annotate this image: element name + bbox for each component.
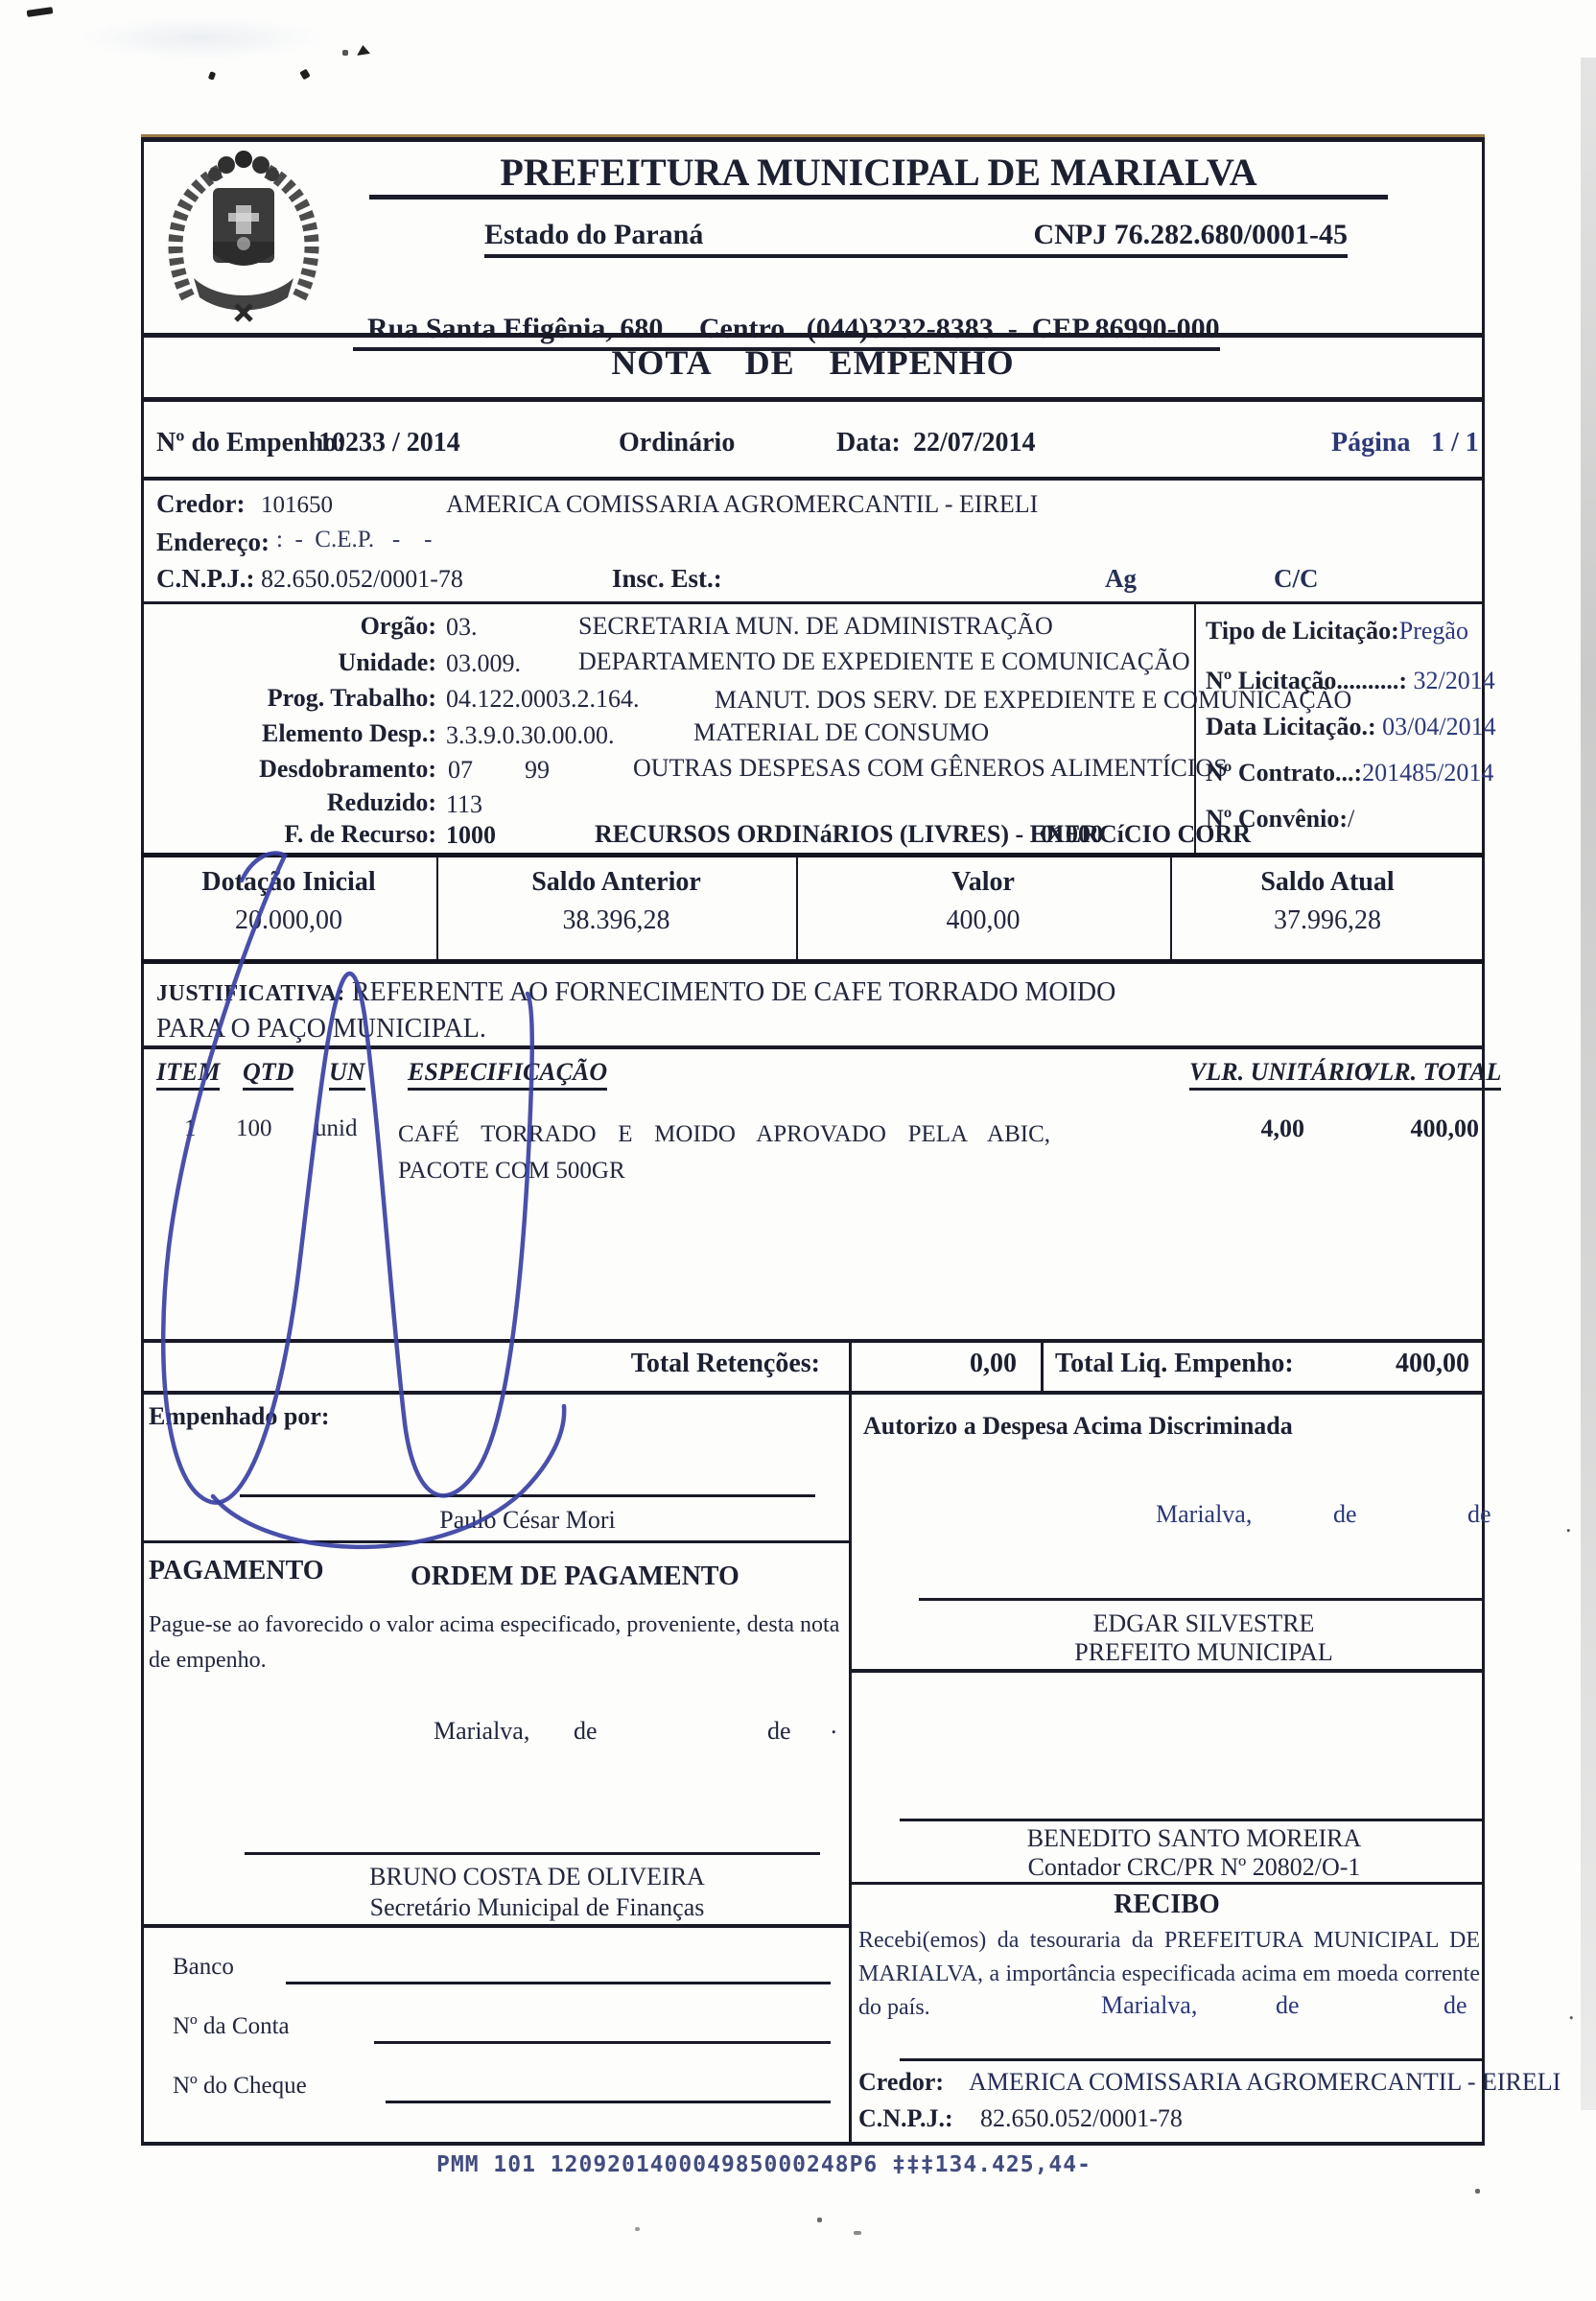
valor-label: Valor <box>796 869 1170 896</box>
footer-processing-code: PMM 101 120920140004985000248P6 ‡‡‡134.4… <box>436 2154 1091 2176</box>
header-title-text: PREFEITURA MUNICIPAL DE MARIALVA <box>500 151 1256 194</box>
autorizo-de1: de <box>1333 1502 1357 1527</box>
autorizo-de2: de <box>1467 1502 1491 1527</box>
item-qtd: 100 <box>236 1116 272 1140</box>
scanned-nota-de-empenho: { "header": { "title": "PREFEITURA MUNIC… <box>0 0 1596 2301</box>
tipo-licitacao-row: Tipo de Licitação:Pregão <box>1206 619 1468 644</box>
header-state: Estado do Paraná <box>484 221 703 249</box>
conta-fill-line <box>374 2041 831 2044</box>
scan-speck <box>817 2218 822 2222</box>
reduzido-label: Reduzido: <box>141 790 436 815</box>
scan-speck <box>1475 2189 1480 2194</box>
pagamento-line-top <box>141 1540 849 1543</box>
contrato-label: Nº Contrato...: <box>1206 759 1362 787</box>
header-address: Rua Santa Efigênia, 680 Centro (044)3232… <box>353 286 1220 351</box>
pagamento-dot: . <box>831 1713 837 1738</box>
header-state-row: Estado do Paraná CNPJ 76.282.680/0001-45 <box>484 221 1348 258</box>
recibo-credor-line <box>900 2058 1485 2061</box>
desdobramento-desc: OUTRAS DESPESAS COM GÊNEROS ALIMENTÍCIOS <box>633 756 1228 781</box>
ag-label: Ag <box>1105 566 1137 592</box>
band-line-top <box>141 333 1485 338</box>
doc-title-text: NOTA DE EMPENHO <box>611 343 1014 382</box>
col-un: UN <box>329 1060 365 1091</box>
col-vlr-unitario: VLR. UNITÁRIO <box>1189 1060 1373 1091</box>
unidade-code: 03.009. <box>446 651 521 676</box>
prog-trabalho-code: 04.122.0003.2.164. <box>446 687 640 712</box>
dotacao-line-top <box>141 853 1485 857</box>
form-border-bottom <box>141 2142 1485 2146</box>
header-address-text: Rua Santa Efigênia, 680 Centro (044)3232… <box>367 313 1220 344</box>
convenio-row: Nº Convênio:/ <box>1206 807 1354 832</box>
col-item: ITEM <box>156 1060 220 1091</box>
recibo-cnpj-value: 82.650.052/0001-78 <box>980 2106 1183 2131</box>
secretario-name: BRUNO COSTA DE OLIVEIRA <box>269 1865 806 1890</box>
elemento-desp-label: Elemento Desp.: <box>141 721 436 746</box>
endereco-label: Endereço: <box>156 529 270 555</box>
scan-speck <box>342 50 348 56</box>
pagamento-de1: de <box>574 1719 598 1744</box>
credor-cnpj-label: C.N.P.J.: <box>156 566 255 592</box>
prefeito-title: PREFEITO MUNICIPAL <box>945 1640 1463 1665</box>
data-licitacao-value: 03/04/2014 <box>1382 713 1495 740</box>
section-line <box>141 477 1485 481</box>
doc-title: NOTA DE EMPENHO <box>141 345 1485 380</box>
empenho-number-value: 10233 / 2014 <box>318 430 460 457</box>
form-border-top <box>141 137 1485 142</box>
totals-divider <box>1041 1339 1044 1395</box>
header-cnpj: CNPJ 76.282.680/0001-45 <box>1034 221 1348 249</box>
items-line-top <box>141 1045 1485 1049</box>
recibo-line-top <box>849 1882 1485 1885</box>
empenhado-por-label: Empenhado por: <box>149 1404 330 1429</box>
pagamento-de2: de <box>767 1719 791 1744</box>
total-liq-value: 400,00 <box>1343 1350 1469 1377</box>
dotacao-line-bottom <box>141 959 1485 964</box>
totals-line-top <box>141 1339 1485 1343</box>
recurso-extra-code: 01000 <box>1041 822 1103 847</box>
tipo-licitacao-label: Tipo de Licitação: <box>1206 617 1399 645</box>
pague-se-text: Pague-se ao favorecido o valor acima esp… <box>149 1608 844 1679</box>
justificativa: JUSTIFICATIVA: REFERENTE AO FORNECIMENTO… <box>156 974 1173 1047</box>
empenho-date-value: 22/07/2014 <box>913 430 1036 457</box>
col-especificacao: ESPECIFICAÇÃO <box>408 1060 607 1091</box>
num-licitacao-value: 32/2014 <box>1414 667 1495 694</box>
saldo-atual-value: 37.996,28 <box>1170 907 1485 934</box>
empenho-number-label: Nº do Empenho: <box>156 430 346 457</box>
page-label: Página <box>1331 430 1410 457</box>
empenhado-signature-line <box>240 1494 815 1497</box>
totals-divider <box>849 1339 852 1395</box>
recibo-de2: de <box>1443 1993 1467 2018</box>
credor-label: Credor: <box>156 491 245 517</box>
credor-cnpj-value: 82.650.052/0001-78 <box>261 567 463 592</box>
prog-trabalho-label: Prog. Trabalho: <box>141 686 436 711</box>
orgao-code: 03. <box>446 615 478 640</box>
convenio-label: Nº Convênio: <box>1206 805 1348 833</box>
reduzido-code: 113 <box>446 792 482 817</box>
desdobramento-code: 07 <box>448 758 473 783</box>
recurso-label: F. de Recurso: <box>141 822 436 847</box>
contador-title: Contador CRC/PR Nº 20802/O-1 <box>897 1855 1491 1880</box>
scan-speck <box>208 71 216 81</box>
scan-speck <box>854 2231 861 2235</box>
scan-right-edge-shadow <box>1581 58 1596 2110</box>
band-line-bottom <box>141 397 1485 402</box>
elemento-desp-desc: MATERIAL DE CONSUMO <box>693 720 989 745</box>
cheque-fill-line <box>386 2101 831 2103</box>
empenhado-name: Paulo César Mori <box>288 1508 767 1533</box>
pagamento-label: PAGAMENTO <box>149 1558 324 1585</box>
contador-name: BENEDITO SANTO MOREIRA <box>897 1826 1491 1851</box>
item-vlr-total: 400,00 <box>1362 1116 1479 1141</box>
signature-column-divider <box>849 1391 852 2146</box>
contrato-row: Nº Contrato...:201485/2014 <box>1206 761 1493 786</box>
recurso-desc: RECURSOS ORDINáRIOS (LIVRES) - EXERCíCIO… <box>595 822 1251 847</box>
elemento-desp-code: 3.3.9.0.30.00.00. <box>446 723 615 748</box>
recurso-code: 1000 <box>446 823 496 848</box>
item-un: unid <box>315 1116 357 1140</box>
totals-line-bottom <box>141 1391 1485 1395</box>
recibo-cnpj-label: C.N.P.J.: <box>858 2106 953 2131</box>
empenho-type: Ordinário <box>619 430 735 457</box>
cheque-label: Nº do Cheque <box>173 2074 307 2098</box>
banco-fill-line <box>286 1982 831 1984</box>
section-line <box>141 601 1485 604</box>
valor-value: 400,00 <box>796 907 1170 934</box>
form-border-left <box>141 137 144 2146</box>
dotacao-inicial-label: Dotação Inicial <box>141 869 436 896</box>
scan-speck <box>635 2227 640 2231</box>
header-title: PREFEITURA MUNICIPAL DE MARIALVA <box>369 153 1388 200</box>
prefeito-signature-line <box>919 1598 1485 1601</box>
banco-label: Banco <box>173 1955 234 1979</box>
orgao-desc: SECRETARIA MUN. DE ADMINISTRAÇÃO <box>578 614 1053 639</box>
page-value: 1 / 1 <box>1431 430 1479 457</box>
banco-section-line <box>141 1924 849 1928</box>
col-vlr-total: VLR. TOTAL <box>1362 1060 1501 1091</box>
recibo-city: Marialva, <box>1101 1993 1197 2018</box>
tipo-licitacao-value: Pregão <box>1399 617 1468 645</box>
recibo-credor-value: AMERICA COMISSARIA AGROMERCANTIL - EIREL… <box>969 2070 1561 2095</box>
autorizo-text: Autorizo a Despesa Acima Discriminada <box>863 1414 1293 1439</box>
data-licitacao-label: Data Licitação.: <box>1206 713 1376 740</box>
prefeito-name: EDGAR SILVESTRE <box>945 1611 1463 1636</box>
col-qtd: QTD <box>243 1060 293 1091</box>
endereco-value: : - C.E.P. - - <box>276 528 433 552</box>
dotacao-inicial-value: 20.000,00 <box>141 907 436 934</box>
credor-name: AMERICA COMISSARIA AGROMERCANTIL - EIREL… <box>446 492 1038 517</box>
autorizo-city: Marialva, <box>1156 1502 1252 1527</box>
recibo-de1: de <box>1276 1993 1300 2018</box>
unidade-label: Unidade: <box>141 650 436 675</box>
recibo-credor-label: Credor: <box>858 2070 944 2095</box>
contador-signature-line <box>900 1819 1485 1821</box>
item-spec: CAFÉ TORRADO E MOIDO APROVADO PELA ABIC,… <box>398 1116 1050 1188</box>
data-licitacao-row: Data Licitação.: 03/04/2014 <box>1206 715 1496 740</box>
municipal-coat-of-arms <box>152 146 336 326</box>
prefeito-section-line <box>849 1669 1485 1673</box>
empenho-date-label: Data: <box>836 430 901 457</box>
unidade-desc: DEPARTAMENTO DE EXPEDIENTE E COMUNICAÇÃO <box>578 649 1190 674</box>
justificativa-label: JUSTIFICATIVA: <box>156 981 345 1006</box>
recibo-title: RECIBO <box>849 1891 1485 1918</box>
secretario-title: Secretário Municipal de Finanças <box>269 1895 806 1920</box>
convenio-value: / <box>1348 805 1354 833</box>
stray-dot: . <box>1565 1512 1572 1537</box>
cc-label: C/C <box>1274 566 1319 592</box>
total-liq-label: Total Liq. Empenho: <box>1055 1350 1294 1377</box>
licitacao-divider <box>1194 601 1196 853</box>
insc-est-label: Insc. Est.: <box>612 566 722 592</box>
saldo-anterior-label: Saldo Anterior <box>436 869 796 896</box>
scan-speck <box>299 69 310 81</box>
stray-dot: . <box>1568 1999 1575 2024</box>
saldo-anterior-value: 38.396,28 <box>436 907 796 934</box>
saldo-atual-label: Saldo Atual <box>1170 869 1485 896</box>
desdobramento-code2: 99 <box>525 758 550 783</box>
item-vlr-unitario: 4,00 <box>1189 1116 1304 1141</box>
pagamento-city: Marialva, <box>434 1719 529 1744</box>
desdobramento-label: Desdobramento: <box>141 757 436 782</box>
total-retencoes-value: 0,00 <box>868 1350 1017 1377</box>
conta-label: Nº da Conta <box>173 2014 290 2038</box>
num-licitacao-label: Nº Licitação..........: <box>1206 667 1407 694</box>
total-retencoes-label: Total Retenções: <box>480 1350 820 1377</box>
credor-code: 101650 <box>261 493 333 517</box>
num-licitacao-row: Nº Licitação..........: 32/2014 <box>1206 669 1495 693</box>
contrato-value: 201485/2014 <box>1362 759 1493 787</box>
item-number: 1 <box>184 1116 197 1140</box>
secretario-signature-line <box>245 1852 820 1855</box>
orgao-label: Orgão: <box>141 614 436 639</box>
ordem-pagamento-label: ORDEM DE PAGAMENTO <box>411 1563 739 1590</box>
scan-smudge <box>38 10 364 67</box>
